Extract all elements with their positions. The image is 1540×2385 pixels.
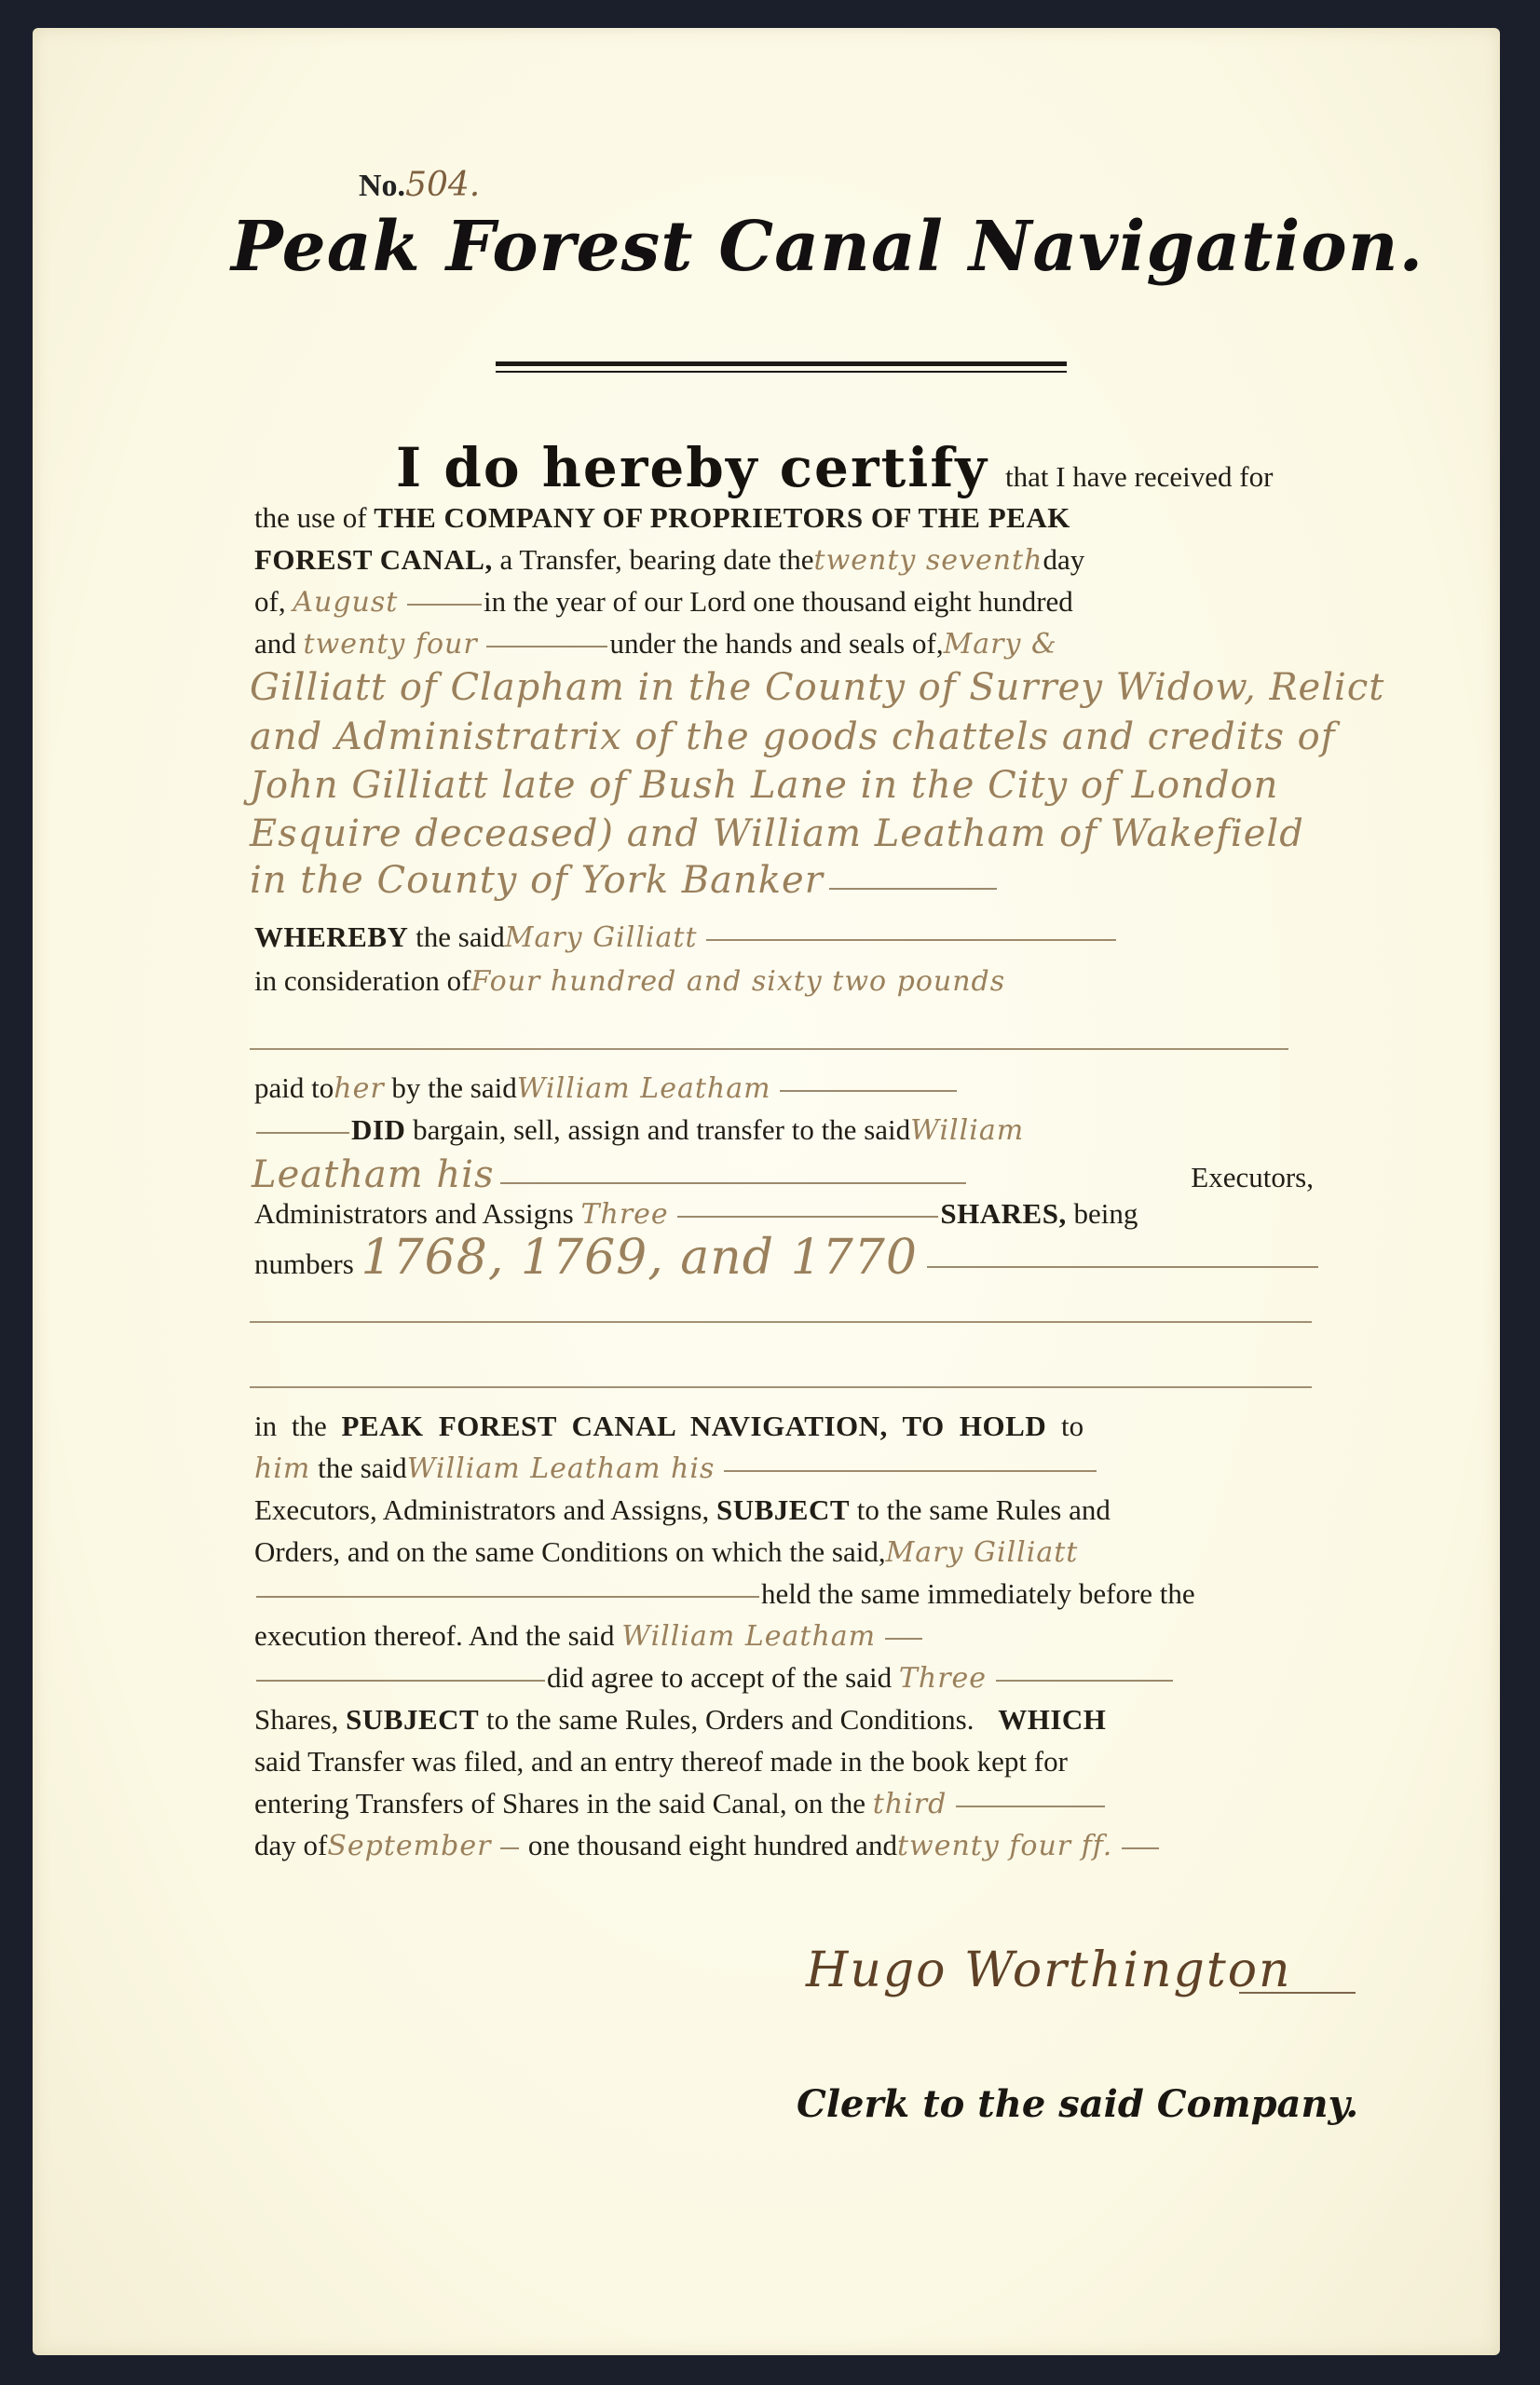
fill-dash	[500, 1847, 519, 1849]
text: WHEREBY	[254, 920, 408, 953]
handwritten-count: Three	[899, 1662, 987, 1695]
title-rule-thin	[496, 371, 1067, 373]
title-rule-thick	[496, 361, 1067, 366]
fill-dash	[1122, 1847, 1159, 1849]
held-line: held the same immediately before the	[254, 1577, 1195, 1611]
him-line: him the saidWilliam Leatham his	[254, 1451, 1098, 1485]
fill-dash	[829, 888, 997, 890]
text: day	[1043, 543, 1084, 576]
text: in consideration of	[254, 964, 470, 997]
fill-dash	[780, 1090, 957, 1092]
in-the-line: in the PEAK FOREST CANAL NAVIGATION, TO …	[254, 1410, 1083, 1443]
number-value: 504.	[405, 166, 480, 204]
text: Executors,	[1191, 1161, 1314, 1194]
handwritten-name: William Leatham	[621, 1620, 876, 1653]
handwritten-name: William	[910, 1114, 1024, 1147]
day-of-line: day ofSeptember one thousand eight hundr…	[254, 1829, 1161, 1862]
blank-rule	[250, 1386, 1312, 1388]
text: the use of	[254, 501, 367, 534]
handwritten-name: Mary &	[944, 628, 1057, 661]
execution-line: execution thereof. And the said William …	[254, 1619, 924, 1653]
handwritten-line-5: in the County of York Banker	[250, 859, 999, 902]
line-3: FOREST CANAL, a Transfer, bearing date t…	[254, 543, 1084, 577]
text: day of	[254, 1829, 327, 1861]
handwritten-day: third	[873, 1788, 947, 1820]
document-title: Peak Forest Canal Navigation.	[231, 207, 1424, 287]
text: held the same immediately before the	[761, 1577, 1195, 1610]
text: the said	[416, 920, 505, 953]
consideration-line: in consideration ofFour hundred and sixt…	[254, 964, 1005, 998]
text: under the hands and seals of,	[609, 627, 943, 660]
agree-line: did agree to accept of the said Three	[254, 1661, 1175, 1695]
text: execution thereof. And the said	[254, 1619, 615, 1652]
text: of,	[254, 585, 286, 618]
text: Shares,	[254, 1703, 338, 1736]
fill-dash	[996, 1680, 1173, 1682]
number-label: No.	[359, 169, 405, 203]
handwritten-line-3: John Gilliatt late of Bush Lane in the C…	[250, 764, 1278, 807]
fill-dash	[677, 1216, 938, 1218]
orders-line: Orders, and on the same Conditions on wh…	[254, 1535, 1078, 1569]
text: SUBJECT	[716, 1493, 850, 1526]
handwritten-name: Mary Gilliatt	[886, 1536, 1079, 1569]
handwritten-name: William Leatham his	[407, 1452, 715, 1485]
text: Orders, and on the same Conditions on wh…	[254, 1535, 886, 1568]
handwritten-line-2: and Administratrix of the goods chattels…	[250, 715, 1336, 758]
text: entering Transfers of Shares in the said…	[254, 1787, 865, 1819]
fill-dash	[407, 604, 482, 606]
entering-line: entering Transfers of Shares in the said…	[254, 1787, 1107, 1820]
fill-dash	[486, 646, 607, 647]
handwritten-pronoun: him	[254, 1452, 310, 1485]
certify-heading: I do hereby certify	[396, 436, 988, 499]
text: FOREST CANAL,	[254, 543, 493, 576]
line-4: of, August in the year of our Lord one t…	[254, 585, 1073, 619]
handwritten-year: twenty four ff.	[897, 1830, 1112, 1862]
text: by the said	[391, 1071, 516, 1104]
text: did agree to accept of the said	[547, 1661, 892, 1694]
handwritten-month: September	[327, 1830, 491, 1862]
certificate-number: No.504.	[359, 166, 480, 204]
text: in the year of our Lord one thousand eig…	[484, 585, 1073, 618]
text: WHICH	[998, 1703, 1106, 1736]
administrators-line: Administrators and Assigns Three SHARES,…	[254, 1197, 1138, 1231]
fill-dash	[500, 1182, 966, 1184]
certify-line: I do hereby certify that I have received…	[396, 436, 1273, 499]
handwritten-year: twenty four	[304, 628, 478, 661]
blank-rule	[250, 1048, 1288, 1050]
text: Administrators and Assigns	[254, 1197, 574, 1230]
text: and	[254, 627, 296, 660]
text: in the	[254, 1410, 327, 1442]
handwritten-month: August	[293, 586, 398, 619]
text: to	[1061, 1410, 1083, 1442]
fill-dash	[256, 1596, 759, 1598]
text: to the same Rules, Orders and Conditions…	[486, 1703, 974, 1736]
fill-dash	[885, 1638, 922, 1640]
text: the said	[318, 1451, 407, 1484]
paid-line: paid toher by the saidWilliam Leatham	[254, 1071, 959, 1105]
clerk-label: Clerk to the said Company.	[797, 2082, 1358, 2126]
handwritten-day: twenty seventh	[814, 544, 1043, 577]
numbers-line: numbers 1768, 1769, and 1770	[254, 1230, 1320, 1286]
handwritten-pronoun: her	[334, 1072, 384, 1105]
text: paid to	[254, 1071, 334, 1104]
handwritten-amount: Four hundred and sixty two pounds	[470, 965, 1005, 998]
clerk-signature: Hugo Worthington	[806, 1942, 1292, 1998]
text: a Transfer, bearing date the	[499, 543, 813, 576]
executors-line: Leatham his Executors,	[252, 1153, 1314, 1196]
text: THE COMPANY OF PROPRIETORS OF THE PEAK	[374, 501, 1070, 534]
shares-line: Shares, SUBJECT to the same Rules, Order…	[254, 1703, 1106, 1737]
text: in the County of York Banker	[250, 859, 824, 902]
handwritten-name: Mary Gilliatt	[505, 921, 698, 954]
did-line: DID bargain, sell, assign and transfer t…	[254, 1113, 1024, 1147]
handwritten-line-4: Esquire deceased) and William Leatham of…	[250, 812, 1304, 855]
text: one thousand eight hundred and	[528, 1829, 897, 1861]
blank-rule	[250, 1321, 1312, 1323]
text: to the same Rules and	[857, 1493, 1111, 1526]
text: numbers	[254, 1247, 354, 1280]
line-5: and twenty four under the hands and seal…	[254, 627, 1057, 661]
text: DID	[351, 1113, 405, 1146]
text: bargain, sell, assign and transfer to th…	[413, 1113, 910, 1146]
fill-dash	[706, 939, 1116, 941]
fill-dash	[256, 1680, 545, 1682]
text: being	[1073, 1197, 1138, 1230]
executors-subject-line: Executors, Administrators and Assigns, S…	[254, 1493, 1111, 1527]
handwritten-line-1: Gilliatt of Clapham in the County of Sur…	[250, 666, 1384, 709]
handwritten-name: William Leatham	[517, 1072, 771, 1105]
filed-line: said Transfer was filed, and an entry th…	[254, 1745, 1068, 1779]
text: PEAK FOREST CANAL NAVIGATION, TO HOLD	[342, 1410, 1047, 1442]
text: SUBJECT	[346, 1703, 479, 1736]
text: SHARES,	[940, 1197, 1066, 1230]
fill-dash	[927, 1266, 1318, 1268]
signature-flourish	[1239, 1992, 1356, 1994]
fill-dash	[256, 1132, 349, 1134]
handwritten-count: Three	[580, 1198, 668, 1231]
fill-dash	[956, 1806, 1105, 1807]
handwritten-name: Leatham his	[252, 1153, 495, 1196]
fill-dash	[724, 1470, 1097, 1472]
text: Executors, Administrators and Assigns,	[254, 1493, 709, 1526]
line-2: the use of THE COMPANY OF PROPRIETORS OF…	[254, 501, 1070, 535]
whereby-line: WHEREBY the saidMary Gilliatt	[254, 920, 1118, 954]
handwritten-share-numbers: 1768, 1769, and 1770	[361, 1230, 918, 1286]
text: that I have received for	[1005, 460, 1273, 493]
